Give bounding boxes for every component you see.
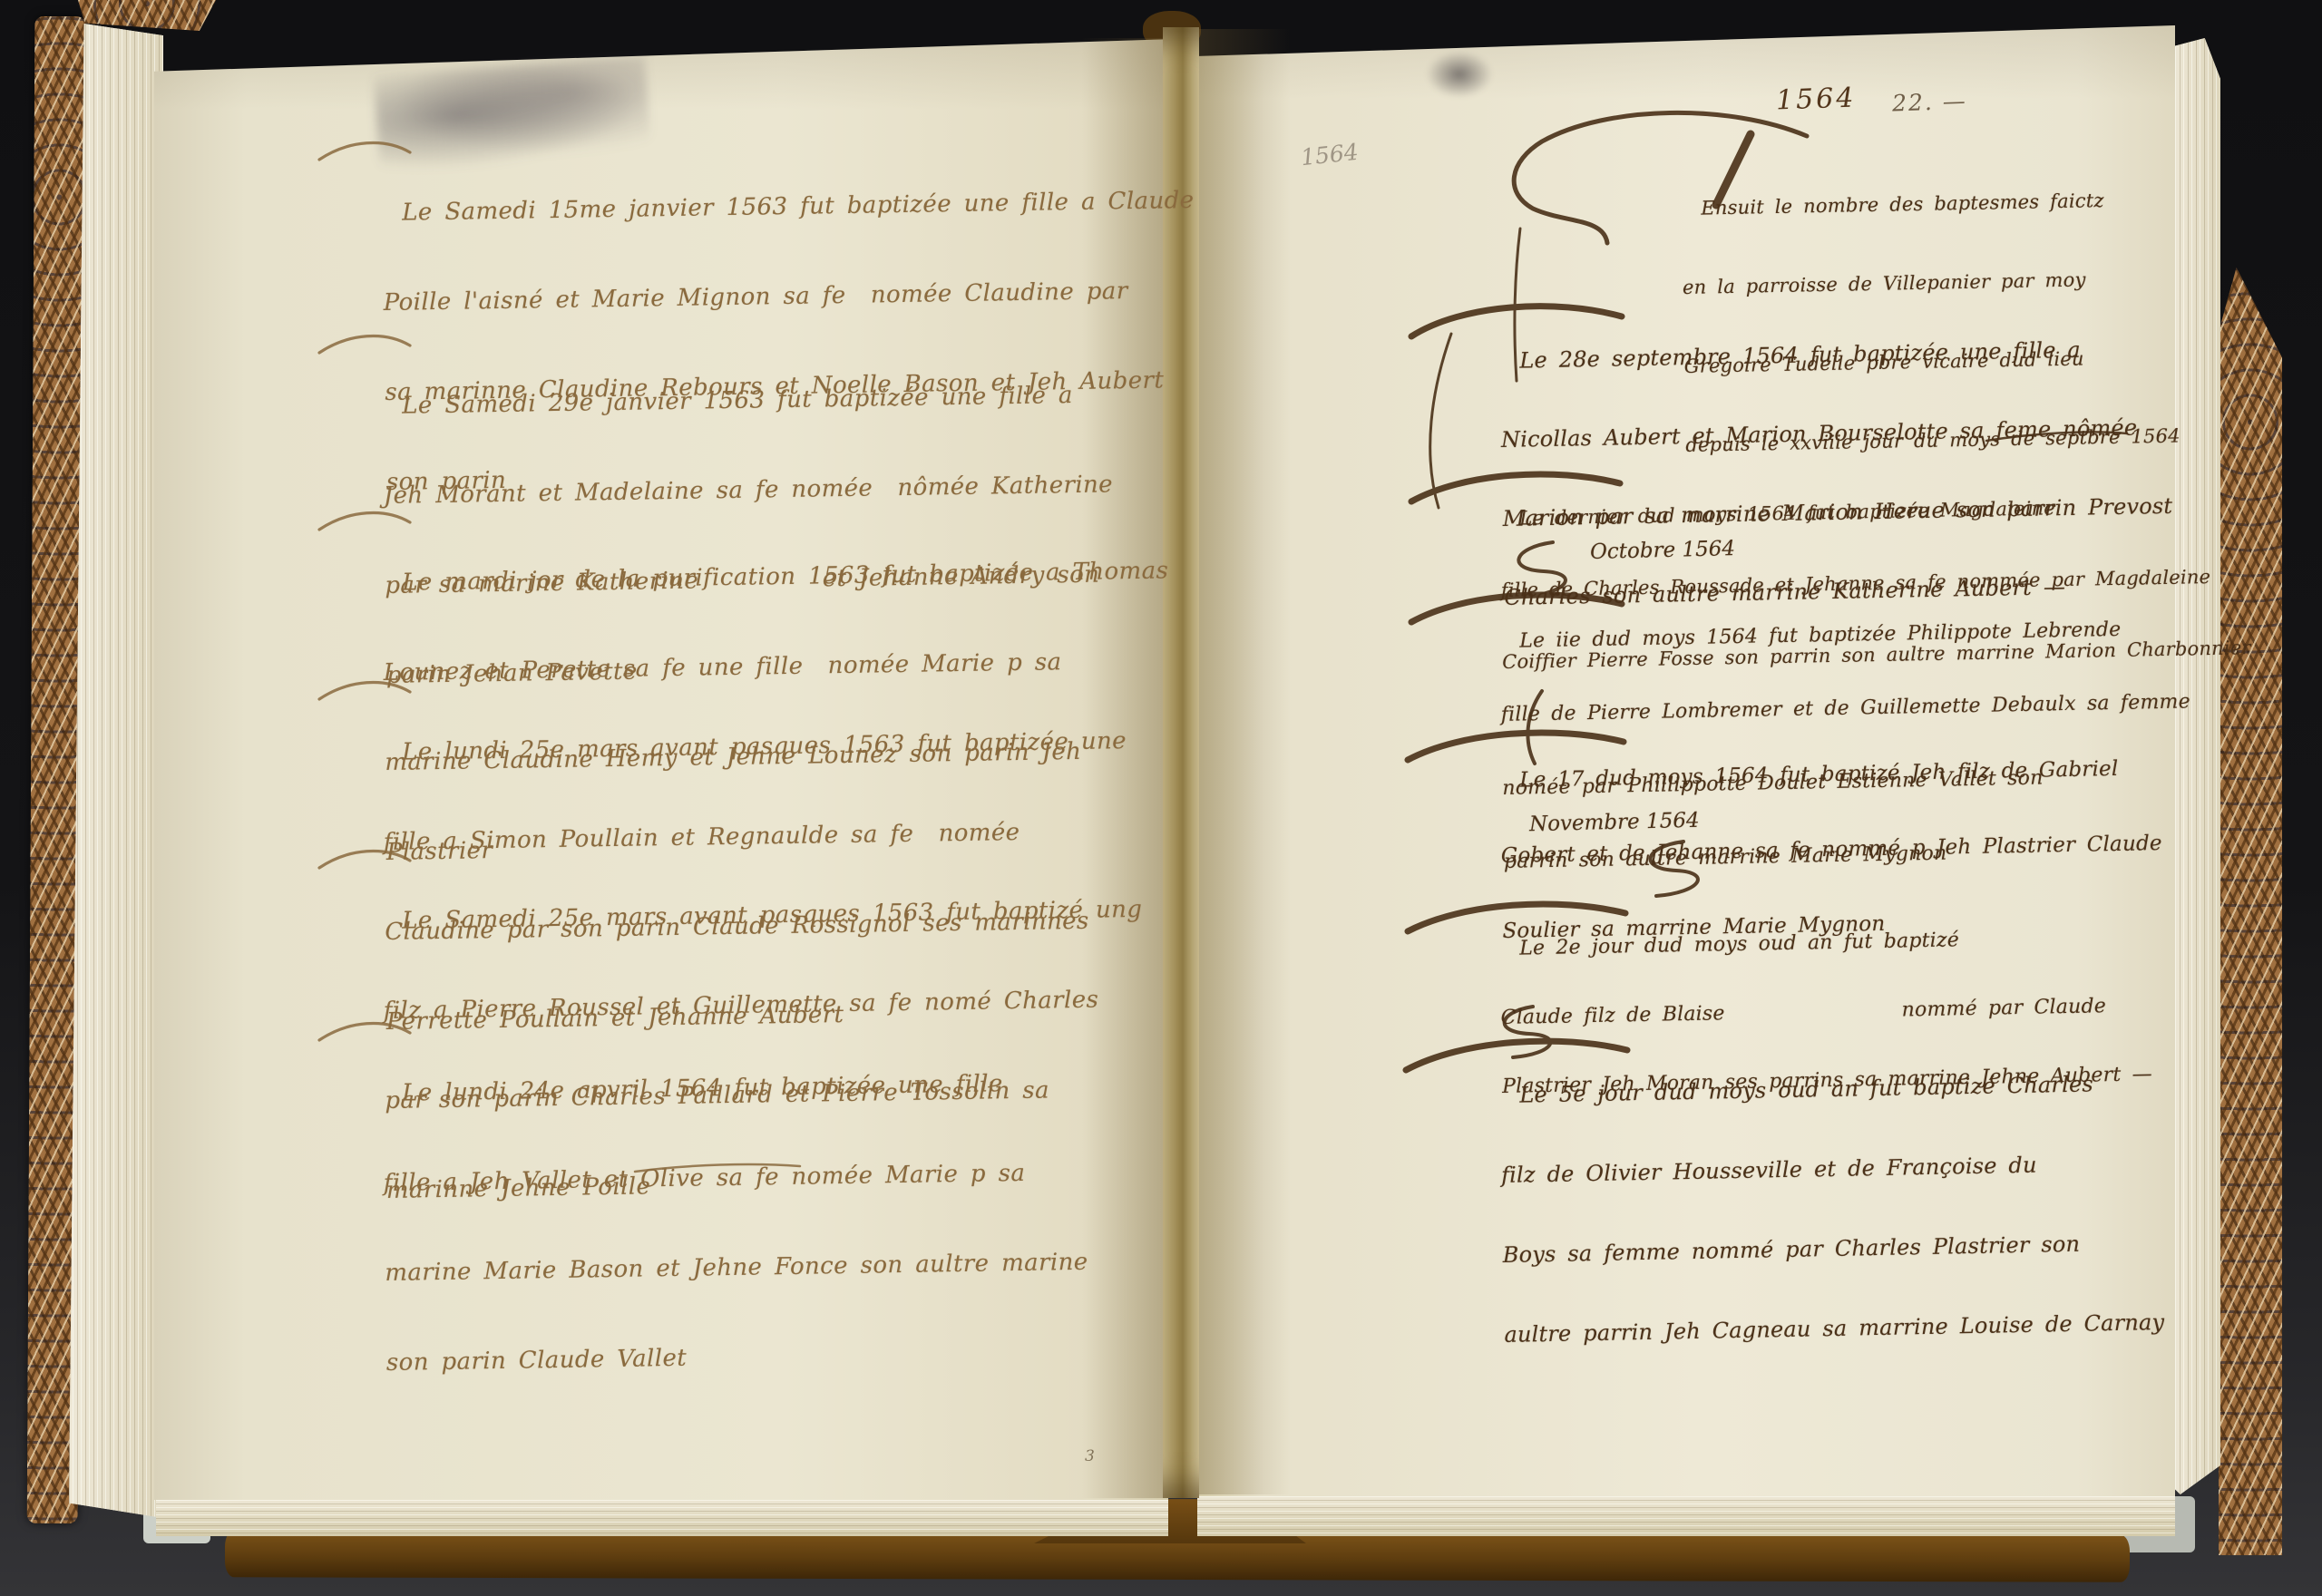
- manuscript-line: Le 5e jour dud moys oud an fut baptizé C…: [1499, 1068, 2160, 1110]
- ink-smudge: [1426, 51, 1493, 98]
- right-bottom-page-edges: [1197, 1493, 2175, 1536]
- left-bottom-page-edges: [156, 1496, 1168, 1536]
- manuscript-line: Le 2e jour dud moys oud an fut baptizé: [1499, 925, 2150, 961]
- quire-mark: 3: [1085, 1447, 1095, 1465]
- manuscript-line: Le 17 dud moys 1564 fut baptizé Jeh filz…: [1499, 754, 2161, 795]
- manuscript-line: Gobert et de Jehanne sa fe nommé p Jeh P…: [1501, 830, 2162, 871]
- left-page-edges: [69, 24, 163, 1518]
- baptism-entry: Le lundi 24e apvril 1564 fut baptizée un…: [381, 1011, 1090, 1435]
- manuscript-line: Le Samedi 15me janvier 1563 fut baptizée…: [382, 183, 1195, 231]
- manuscript-line: Nicollas Aubert et Marion Bourselotte sa…: [1501, 414, 2171, 454]
- month-heading: Novembre 1564: [1529, 809, 1700, 837]
- manuscript-line: Le 28e septembre 1564 fut baptizée une f…: [1499, 335, 2170, 375]
- manuscript-line: Le Samedi 29e janvier 1563 fut baptizée …: [382, 377, 1112, 424]
- manuscript-line: fille a Jeh Vallet et Olive sa fe nomée …: [383, 1155, 1087, 1202]
- manuscript-line: Poille l'aisné et Marie Mignon sa fe nom…: [383, 273, 1195, 321]
- manuscript-line: Le lundi 25e mars avant pasques 1563 fut…: [382, 724, 1127, 771]
- manuscript-line: marine Marie Bason et Jehne Fonce son au…: [385, 1245, 1088, 1291]
- gutter-shadow-right: [1199, 29, 1290, 1494]
- manuscript-line: son parin Claude Vallet: [386, 1335, 1090, 1381]
- folio-number: 22. —: [1892, 88, 1968, 117]
- photo-background: Le Samedi 15me janvier 1563 fut baptizée…: [0, 0, 2322, 1596]
- manuscript-line: Le dernier dud moys 1564 fut baptizée Ma…: [1499, 491, 2249, 533]
- manuscript-line: Le lundi 24e apvril 1564 fut baptizée un…: [382, 1066, 1086, 1112]
- manuscript-line: Le Samedi 25e mars avant pasques 1563 fu…: [382, 892, 1143, 939]
- manuscript-line: Ensuit le nombre des baptesmes faictz: [1681, 187, 2176, 222]
- manuscript-line: aultre parrin Jeh Cagneau sa marrine Lou…: [1504, 1308, 2164, 1349]
- year-header: 1564: [1775, 82, 1857, 116]
- manuscript-line: filz de Olivier Housseville et de Franço…: [1501, 1148, 2161, 1190]
- month-heading: Octobre 1564: [1590, 537, 1736, 564]
- baptism-entry: Le 5e jour dud moys oud an fut baptizé C…: [1498, 1017, 2166, 1400]
- manuscript-line: Boys sa femme nommé par Charles Plastrie…: [1502, 1228, 2162, 1270]
- manuscript-line: Le mardi jor de la purification 1563 fut…: [382, 553, 1169, 601]
- manuscript-line: Le iie dud moys 1564 fut baptizée Philip…: [1499, 614, 2190, 656]
